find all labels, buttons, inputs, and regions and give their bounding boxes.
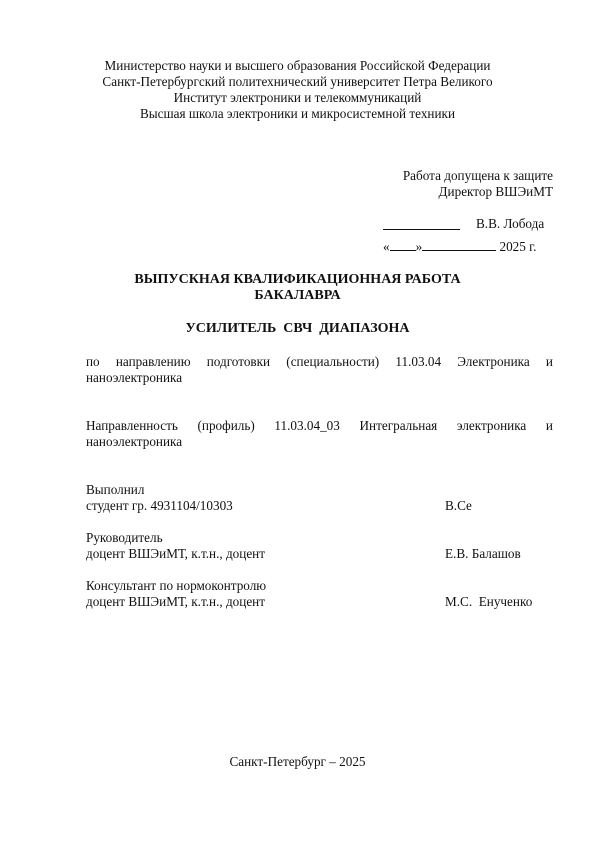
institute-line: Институт электроники и телекоммуникаций — [0, 90, 595, 106]
approval-director: Директор ВШЭиМТ — [439, 184, 553, 200]
approval-date: «» 2025 г. — [383, 238, 536, 255]
date-close-quote: » — [416, 239, 423, 254]
signature-position-consultant: доцент ВШЭиМТ, к.т.н., доцент — [86, 594, 265, 610]
approval-admitted: Работа допущена к защите — [403, 168, 553, 184]
signature-name-supervisor: Е.В. Балашов — [445, 546, 521, 562]
month-blank — [422, 238, 496, 251]
direction-line1: по направлению подготовки (специальности… — [86, 354, 553, 370]
thesis-type-line1: ВЫПУСКНАЯ КВАЛИФИКАЦИОННАЯ РАБОТА — [0, 272, 595, 288]
signature-name-student: В.Се — [445, 498, 472, 514]
signature-role-student: Выполнил — [86, 482, 144, 498]
ministry-line: Министерство науки и высшего образования… — [0, 58, 595, 74]
signature-position-student: студент гр. 4931104/10303 — [86, 498, 233, 514]
date-year: 2025 г. — [499, 239, 536, 254]
direction-line2: наноэлектроника — [86, 370, 553, 386]
profile-line2: наноэлектроника — [86, 434, 553, 450]
signature-name-consultant: М.С. Енученко — [445, 594, 532, 610]
director-signature-line — [383, 217, 460, 234]
university-line: Санкт-Петербургский политехнический унив… — [0, 74, 595, 90]
profile-line1: Направленность (профиль) 11.03.04_03 Инт… — [86, 418, 553, 434]
signature-position-supervisor: доцент ВШЭиМТ, к.т.н., доцент — [86, 546, 265, 562]
director-name: В.В. Лобода — [476, 216, 544, 232]
profile-block: Направленность (профиль) 11.03.04_03 Инт… — [86, 418, 553, 450]
thesis-topic: УСИЛИТЕЛЬ СВЧ ДИАПАЗОНА — [0, 321, 595, 337]
day-blank — [390, 238, 416, 251]
signature-role-supervisor: Руководитель — [86, 530, 163, 546]
school-line: Высшая школа электроники и микросистемно… — [0, 106, 595, 122]
date-open-quote: « — [383, 239, 390, 254]
signature-blank — [383, 217, 460, 230]
direction-block: по направлению подготовки (специальности… — [86, 354, 553, 386]
signature-role-consultant: Консультант по нормоконтролю — [86, 578, 266, 594]
city-year: Санкт-Петербург – 2025 — [0, 754, 595, 770]
thesis-type-line2: БАКАЛАВРА — [0, 288, 595, 304]
